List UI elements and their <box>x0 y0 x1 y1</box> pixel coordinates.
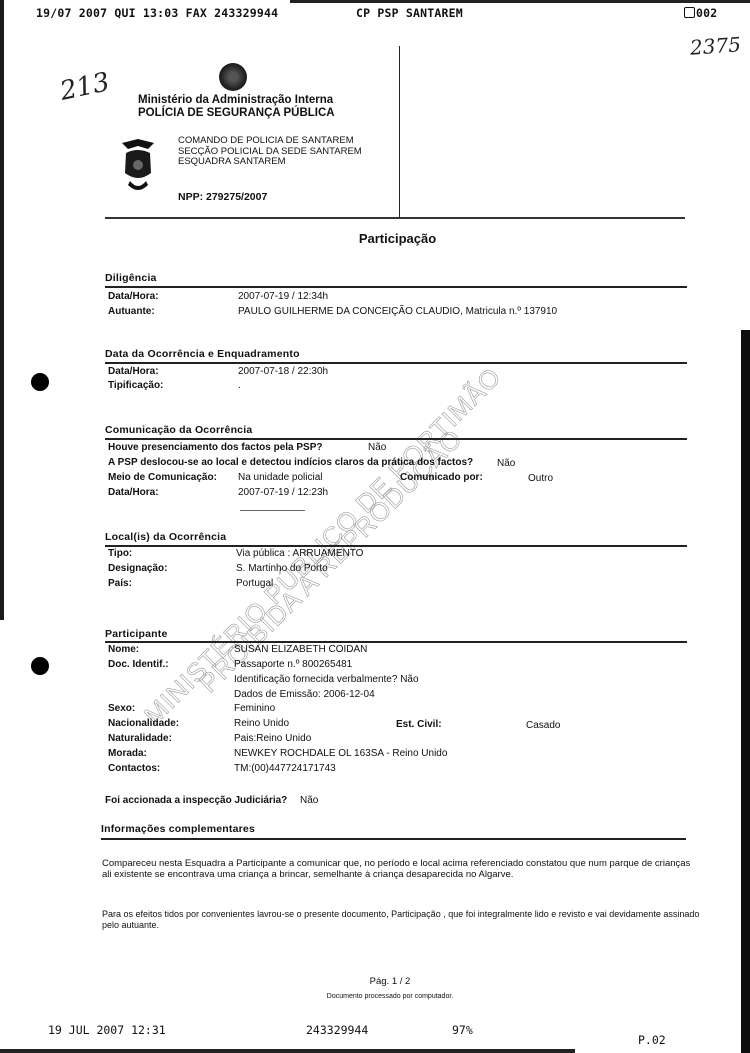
fax-footer-percent: 97% <box>452 1023 473 1037</box>
field-label: Meio de Comunicação: <box>108 472 217 483</box>
field-label: Data/Hora: <box>108 366 159 377</box>
field-label: Data/Hora: <box>108 487 159 498</box>
field-value: Feminino <box>234 703 275 714</box>
section-rule <box>105 362 687 364</box>
field-value: NEWKEY ROCHDALE OL 163SA - Reino Unido <box>234 748 447 759</box>
field-value: 2007-07-19 / 12:23h <box>238 487 328 498</box>
section-rule <box>105 286 687 288</box>
field-value: Pais:Reino Unido <box>234 733 311 744</box>
field-value: Identificação fornecida verbalmente? Não <box>234 674 419 685</box>
scan-edge-right <box>741 330 750 1053</box>
complementary-info-text: Compareceu nesta Esquadra a Participante… <box>102 858 702 880</box>
section-rule <box>105 641 687 643</box>
field-label: Morada: <box>108 748 147 759</box>
field-label: Data/Hora: <box>108 291 159 302</box>
section-rule <box>105 545 687 547</box>
fax-footer-page: P.02 <box>638 1033 666 1047</box>
inspection-answer: Não <box>300 795 318 806</box>
npp-number: NPP: 279275/2007 <box>178 191 267 203</box>
field-value: Via pública : ARRUAMENTO <box>236 548 363 559</box>
scan-edge-left <box>0 0 4 620</box>
field-label: Doc. Identif.: <box>108 659 169 670</box>
field-label: Sexo: <box>108 703 135 714</box>
field-label: Nacionalidade: <box>108 718 179 729</box>
header-divider-vertical <box>399 46 400 218</box>
section-title-info: Informações complementares <box>101 823 255 835</box>
handwritten-folio: 213 <box>57 67 112 107</box>
section-title-ocorrencia: Data da Ocorrência e Enquadramento <box>105 348 300 360</box>
field-value: S. Martinho do Porto <box>236 563 328 574</box>
punch-hole <box>31 373 49 391</box>
section-rule <box>105 438 687 440</box>
question-label: Houve presenciamento dos factos pela PSP… <box>108 442 323 453</box>
fax-header-left: 19/07 2007 QUI 13:03 FAX 243329944 <box>36 6 278 20</box>
command-block: COMANDO DE POLICIA DE SANTAREM SECÇÃO PO… <box>178 136 362 168</box>
header-divider-horizontal <box>105 217 685 219</box>
fax-footer-number: 243329944 <box>306 1023 368 1037</box>
field-label: Tipo: <box>108 548 132 559</box>
field-value: PAULO GUILHERME DA CONCEIÇÃO CLAUDIO, Ma… <box>238 306 557 317</box>
ministry-name: Ministério da Administração Interna <box>138 94 335 107</box>
question-answer: Não <box>497 458 515 469</box>
scan-edge-bottom <box>0 1049 575 1053</box>
fax-page-icon <box>684 7 695 18</box>
question-answer: Não <box>368 442 386 453</box>
police-name: POLÍCIA DE SEGURANÇA PÚBLICA <box>138 107 335 120</box>
field-value: Na unidade policial <box>238 472 323 483</box>
processed-note: Documento processado por computador. <box>0 993 750 1000</box>
punch-hole <box>31 657 49 675</box>
field-label: Naturalidade: <box>108 733 172 744</box>
field-value: Outro <box>528 473 553 484</box>
field-value: Passaporte n.º 800265481 <box>234 659 352 670</box>
field-value: Portugal <box>236 578 273 589</box>
section-title-participante: Participante <box>105 628 168 640</box>
scan-edge-top <box>290 0 750 3</box>
field-label: País: <box>108 578 132 589</box>
field-value: . <box>238 380 241 391</box>
section-title-comunicacao: Comunicação da Ocorrência <box>105 424 252 436</box>
field-label: Est. Civil: <box>396 719 442 730</box>
fax-footer-datetime: 19 JUL 2007 12:31 <box>48 1023 166 1037</box>
field-label: Comunicado por: <box>400 472 483 483</box>
inspection-question: Foi accionada a inspecção Judiciária? <box>105 795 287 806</box>
field-label: Designação: <box>108 563 167 574</box>
psp-emblem-icon <box>118 137 158 195</box>
field-label: Autuante: <box>108 306 155 317</box>
section-rule <box>101 838 686 840</box>
field-value: TM:(00)447724171743 <box>234 763 336 774</box>
field-value: Casado <box>526 720 560 731</box>
page-number: Pág. 1 / 2 <box>0 976 750 987</box>
command-line: ESQUADRA SANTAREM <box>178 157 362 168</box>
ministry-heading: Ministério da Administração Interna POLÍ… <box>138 94 335 120</box>
field-value: Dados de Emissão: 2006-12-04 <box>234 689 375 700</box>
field-value: Reino Unido <box>234 718 289 729</box>
field-value: 2007-07-18 / 22:30h <box>238 366 328 377</box>
republic-seal-icon <box>219 63 247 91</box>
field-label: Tipificação: <box>108 380 163 391</box>
field-value: 2007-07-19 / 12:34h <box>238 291 328 302</box>
fax-header-center: CP PSP SANTAREM <box>356 6 463 20</box>
question-label: A PSP deslocou-se ao local e detectou in… <box>108 457 473 468</box>
handwritten-page-number: 2375 <box>689 32 741 59</box>
underline-mark <box>240 510 305 511</box>
section-title-diligencia: Diligência <box>105 272 157 284</box>
fax-page-badge: 002 <box>684 6 717 20</box>
command-line: COMANDO DE POLICIA DE SANTAREM <box>178 136 362 147</box>
field-label: Contactos: <box>108 763 160 774</box>
field-label: Nome: <box>108 644 139 655</box>
closing-statement: Para os efeitos tidos por convenientes l… <box>102 909 712 931</box>
section-title-local: Local(is) da Ocorrência <box>105 531 226 543</box>
document-title: Participação <box>0 231 750 246</box>
field-value: SUSAN ELIZABETH COIDAN <box>234 644 367 655</box>
